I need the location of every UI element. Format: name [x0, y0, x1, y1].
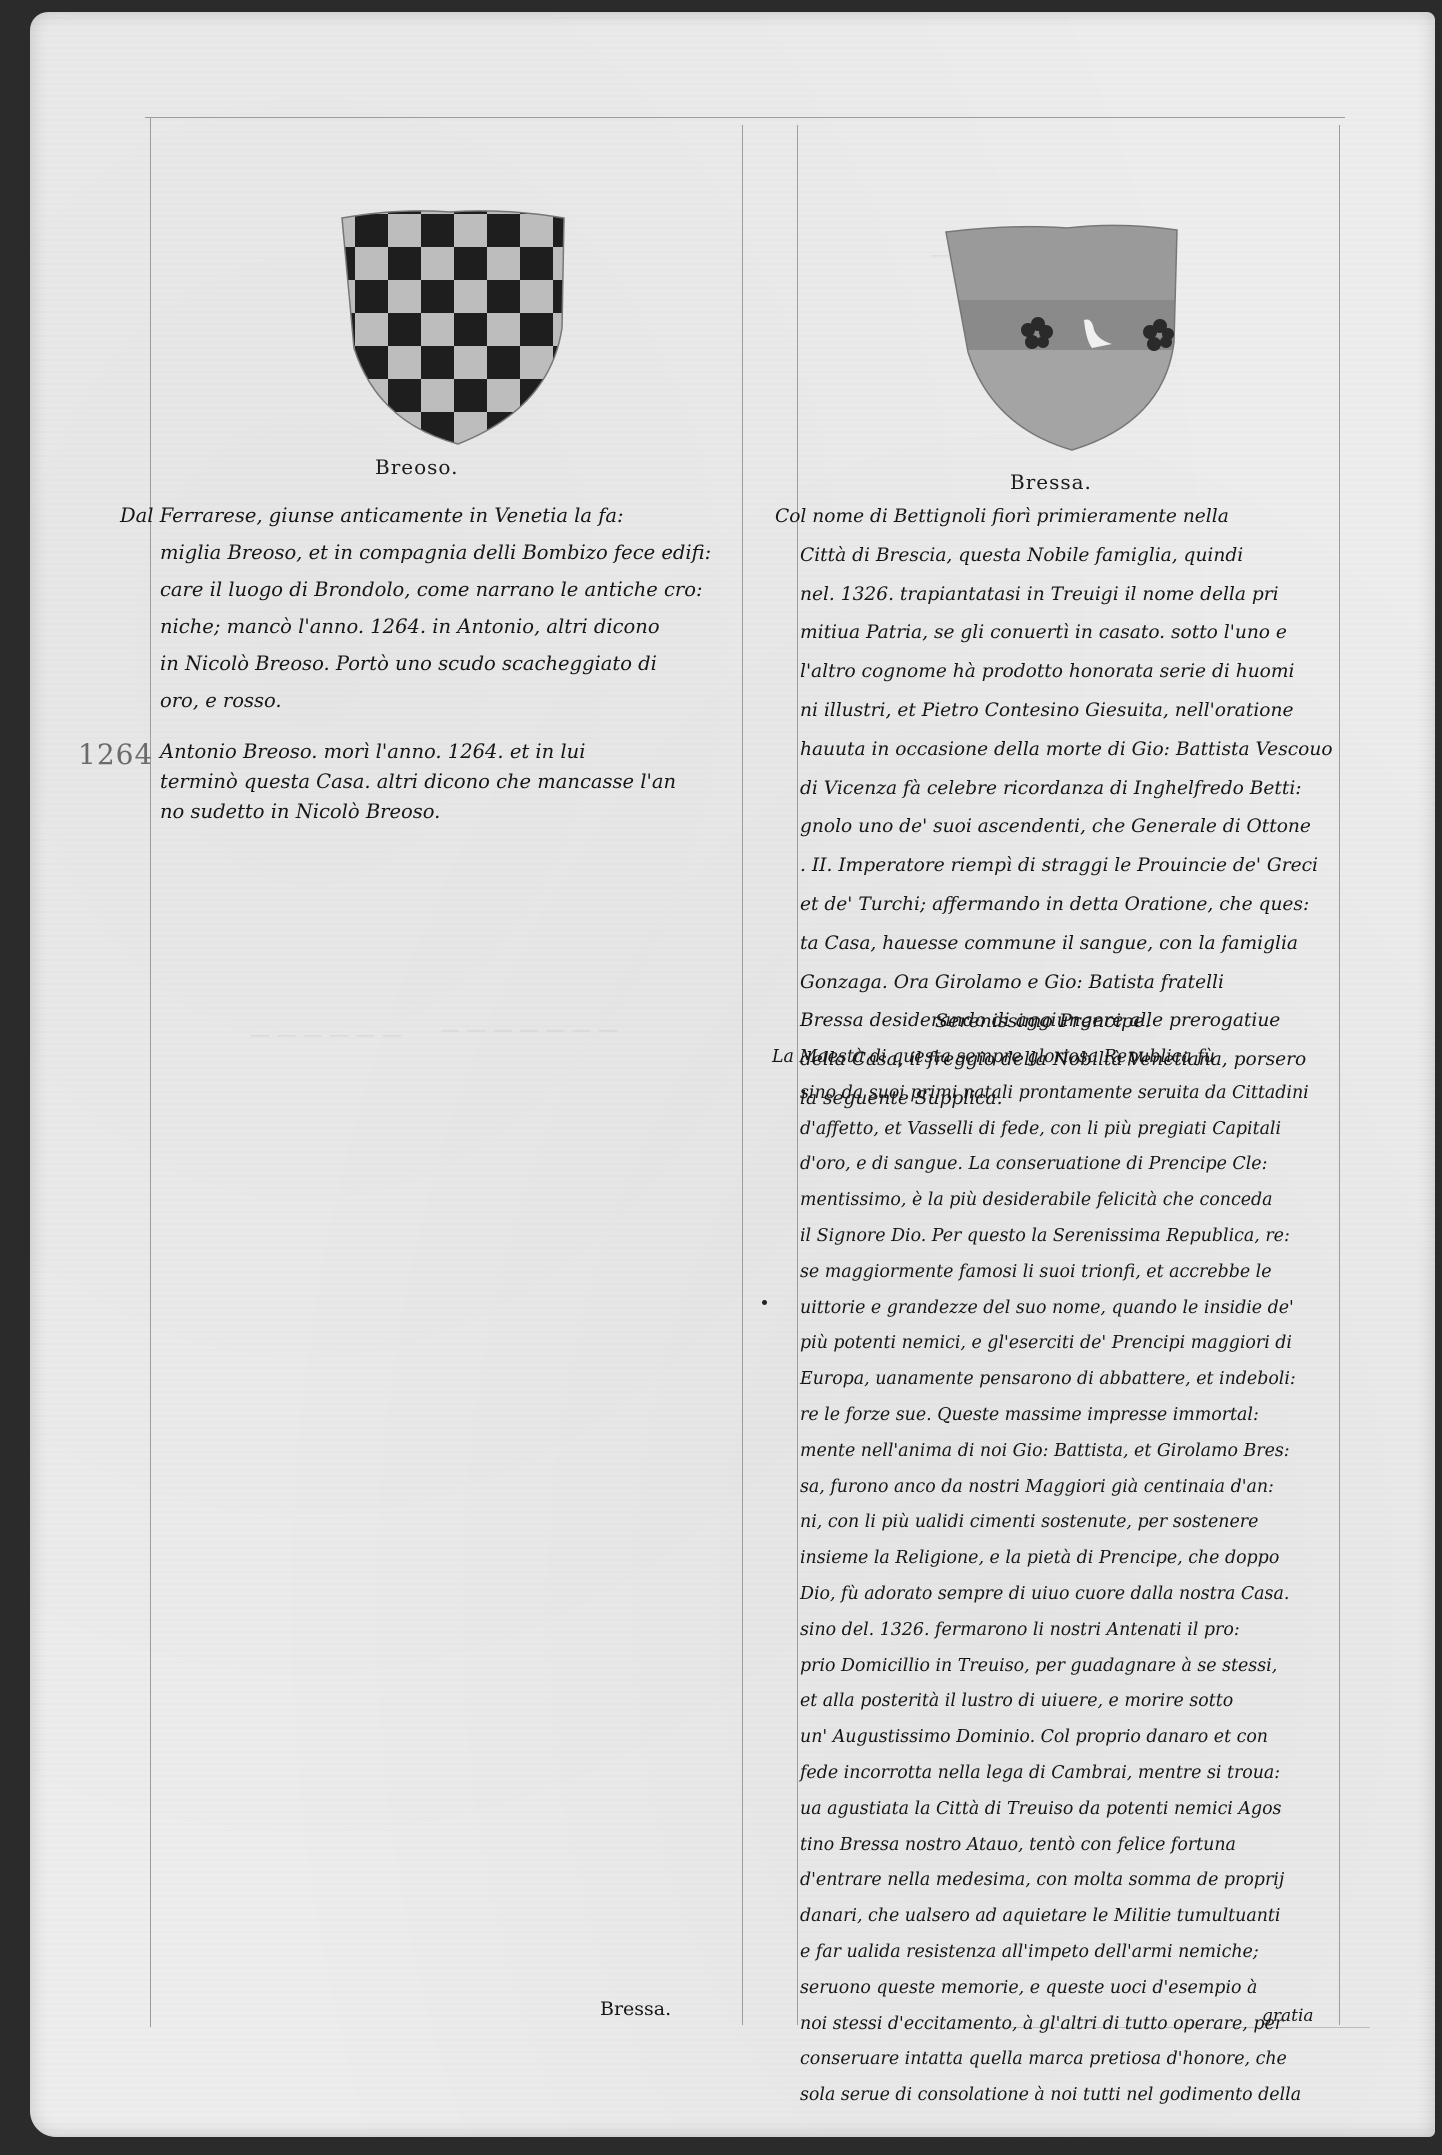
text-line: ta Casa, hauesse commune il sangue, con … [800, 925, 1333, 964]
text-line: . II. Imperatore riempì di straggi le Pr… [800, 847, 1333, 886]
coat-of-arms-breoso [338, 208, 568, 448]
text-line: oro, e rosso. [160, 682, 711, 719]
text-line: et alla posterità il lustro di uiuere, e… [800, 1684, 1309, 1720]
text-line: mentissimo, è la più desiderabile felici… [800, 1183, 1309, 1219]
bleed-through-text: — — — — — — [250, 1022, 402, 1046]
column-divider-left [742, 125, 743, 2025]
text-line: miglia Breoso, et in compagnia delli Bom… [160, 534, 711, 571]
text-line: prio Domicillio in Treuiso, per guadagna… [800, 1649, 1309, 1685]
catchword-gratia: gratia [1262, 2004, 1314, 2028]
text-line: l'altro cognome hà prodotto honorata ser… [800, 653, 1333, 692]
text-line: ni illustri, et Pietro Contesino Giesuit… [800, 692, 1333, 731]
coat-of-arms-bressa [942, 222, 1182, 452]
text-line: danari, che ualsero ad aquietare le Mili… [800, 1899, 1309, 1935]
text-line: noi stessi d'eccitamento, à gl'altri di … [800, 2007, 1309, 2043]
text-line: sino del. 1326. fermarono li nostri Ante… [800, 1613, 1309, 1649]
text-line: et de' Turchi; affermando in detta Orati… [800, 886, 1333, 925]
top-ruling-line [145, 117, 1345, 118]
text-line: in Nicolò Breoso. Portò uno scudo scache… [160, 645, 711, 682]
text-line: Dio, fù adorato sempre di uiuo cuore dal… [800, 1577, 1309, 1613]
text-line: tino Bressa nostro Atauo, tentò con feli… [800, 1828, 1309, 1864]
ink-dot [762, 1300, 767, 1305]
text-line: ua agustiata la Città di Treuiso da pote… [800, 1792, 1309, 1828]
text-line: terminò questa Casa. altri dicono che ma… [160, 767, 676, 797]
text-line: gnolo uno de' suoi ascendenti, che Gener… [800, 808, 1333, 847]
text-line: di Vicenza fà celebre ricordanza di Ingh… [800, 770, 1333, 809]
text-line: Città di Brescia, questa Nobile famiglia… [800, 537, 1333, 576]
bleed-through-text: — — — — — — — [440, 1017, 618, 1041]
text-line: Dal Ferrarese, giunse anticamente in Ven… [120, 497, 711, 534]
left-margin-line [150, 117, 151, 2027]
text-line: insieme la Religione, e la pietà di Pren… [800, 1541, 1309, 1577]
text-line: fede incorrotta nella lega di Cambrai, m… [800, 1756, 1309, 1792]
antonio-breoso-entry: Antonio Breoso. morì l'anno. 1264. et in… [160, 737, 676, 827]
text-line: seruono queste memorie, e queste uoci d'… [800, 1971, 1309, 2007]
text-line: d'affetto, et Vasselli di fede, con li p… [800, 1112, 1309, 1148]
text-line: ni, con li più ualidi cimenti sostenute,… [800, 1505, 1309, 1541]
text-line: Europa, uanamente pensarono di abbattere… [800, 1362, 1309, 1398]
text-line: no sudetto in Nicolò Breoso. [160, 797, 676, 827]
text-line: Gonzaga. Ora Girolamo e Gio: Batista fra… [800, 964, 1333, 1003]
text-line: nel. 1326. trapiantatasi in Treuigi il n… [800, 576, 1333, 615]
margin-year: 1264 [78, 738, 153, 771]
text-line: mitiua Patria, se gli conuertì in casato… [800, 614, 1333, 653]
text-line: re le forze sue. Queste massime impresse… [800, 1398, 1309, 1434]
text-line: mente nell'anima di noi Gio: Battista, e… [800, 1434, 1309, 1470]
text-line: uittorie e grandezze del suo nome, quand… [800, 1291, 1309, 1327]
supplica-heading: Serenissimo Prencipe. [935, 1010, 1151, 1032]
text-line: hauuta in occasione della morte di Gio: … [800, 731, 1333, 770]
right-margin-line [1339, 125, 1340, 2025]
text-line: sino da suoi primi natali prontamente se… [800, 1076, 1309, 1112]
supplica-text: La Maestà di questa sempre gloriosa Repu… [772, 1040, 1309, 2114]
family-name-breoso: Breoso. [375, 455, 458, 479]
text-line: Col nome di Bettignoli fiorì primieramen… [775, 498, 1333, 537]
text-line: il Signore Dio. Per questo la Serenissim… [800, 1219, 1309, 1255]
text-line: conseruare intatta quella marca pretiosa… [800, 2042, 1309, 2078]
text-line: sa, furono anco da nostri Maggiori già c… [800, 1470, 1309, 1506]
text-line: sola serue di consolatione à noi tutti n… [800, 2078, 1309, 2114]
text-line: più potenti nemici, e gl'eserciti de' Pr… [800, 1326, 1309, 1362]
text-line: d'oro, e di sangue. La conseruatione di … [800, 1147, 1309, 1183]
family-name-bressa: Bressa. [1010, 470, 1092, 494]
text-line: Antonio Breoso. morì l'anno. 1264. et in… [160, 737, 676, 767]
catchword-bressa: Bressa. [600, 1998, 671, 2020]
breoso-entry: Dal Ferrarese, giunse anticamente in Ven… [160, 497, 711, 719]
text-line: care il luogo di Brondolo, come narrano … [160, 571, 711, 608]
text-line: La Maestà di questa sempre gloriosa Repu… [772, 1040, 1309, 1076]
text-line: e far ualida resistenza all'impeto dell'… [800, 1935, 1309, 1971]
text-line: se maggiormente famosi li suoi trionfi, … [800, 1255, 1309, 1291]
text-line: un' Augustissimo Dominio. Col proprio da… [800, 1720, 1309, 1756]
text-line: niche; mancò l'anno. 1264. in Antonio, a… [160, 608, 711, 645]
text-line: d'entrare nella medesima, con molta somm… [800, 1863, 1309, 1899]
